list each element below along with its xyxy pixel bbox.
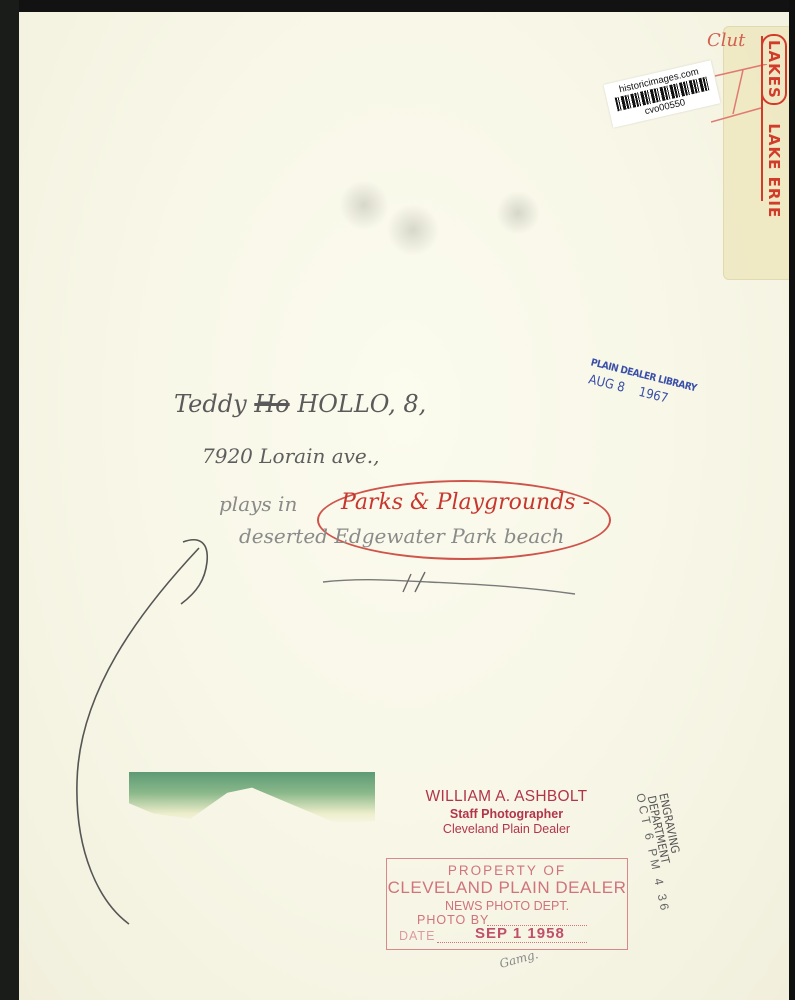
- property-line-3: NEWS PHOTO DEPT.: [387, 899, 627, 913]
- caption-line-4: deserted Edgewater Park beach: [239, 524, 564, 548]
- library-stamp: PLAIN DEALER LIBRARY AUG 8 1967: [585, 357, 698, 412]
- clut-note: Clut: [707, 30, 745, 51]
- photographer-title: Staff Photographer: [414, 807, 599, 821]
- smudge: [387, 204, 439, 256]
- smudge: [497, 190, 539, 236]
- caption-line-3: plays in: [219, 492, 297, 516]
- property-stamp: PROPERTY OF CLEVELAND PLAIN DEALER NEWS …: [386, 858, 628, 950]
- date-label: DATE: [399, 929, 435, 943]
- pencil-arrow: [59, 532, 259, 932]
- caption-surname-age: HOLLO, 8,: [297, 390, 426, 418]
- property-line-2: CLEVELAND PLAIN DEALER: [387, 878, 627, 898]
- ditto-mark: [319, 568, 579, 598]
- library-stamp-year: 1967: [637, 385, 670, 407]
- handwritten-initials: Gamg.: [498, 947, 540, 971]
- scan-frame-right: [789, 0, 795, 1000]
- lakes-label: LAKES: [761, 34, 787, 105]
- smudge: [339, 180, 389, 230]
- property-line-1: PROPERTY OF: [387, 863, 627, 878]
- photographer-name: WILLIAM A. ASHBOLT: [414, 788, 599, 806]
- caption-line-2: 7920 Lorain ave.,: [202, 444, 379, 468]
- photographer-paper: Cleveland Plain Dealer: [414, 822, 599, 836]
- caption-line-1: Teddy Ho HOLLO, 8,: [174, 390, 426, 418]
- caption-red-annotation: Parks & Playgrounds -: [341, 490, 590, 515]
- photographer-stamp: WILLIAM A. ASHBOLT Staff Photographer Cl…: [414, 788, 599, 836]
- date-dotted-line: [437, 942, 587, 943]
- caption-first-name: Teddy: [174, 390, 247, 418]
- photo-back-paper: Clut LAKES LAKE ERIE historicimages.com …: [19, 12, 789, 1000]
- lake-erie-label: LAKE ERIE: [765, 123, 783, 218]
- barcode-sticker: historicimages.com cvo00550: [603, 60, 720, 128]
- subject-label: LAKES LAKE ERIE: [765, 34, 783, 218]
- property-date-value: SEP 1 1958: [475, 925, 565, 942]
- caption-struck-text: Ho: [254, 390, 289, 418]
- scan-frame-left: [0, 0, 19, 1000]
- scan-frame-top: [0, 0, 795, 12]
